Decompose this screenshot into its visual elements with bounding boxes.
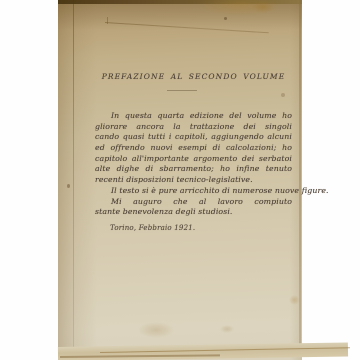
body-line: Mi auguro che al lavoro compiuto corrisp…	[95, 197, 292, 208]
body-line: gliorare ancora la trattazione dei singo…	[95, 122, 292, 133]
body-line: stante benevolenza degli studiosi.	[95, 207, 292, 218]
dateline: Torino, Febbraio 1921.	[110, 224, 195, 232]
body-line: capitolo all'importante argomento dei se…	[95, 154, 292, 165]
paper-stain	[220, 325, 234, 333]
crease-tick-mark	[107, 17, 108, 24]
body-line: alte dighe di sbarramento; ho infine ten…	[95, 164, 292, 175]
paper-stain	[289, 295, 300, 305]
paper-speck	[281, 93, 285, 97]
preface-body: In questa quarta edizione del volume ho …	[95, 111, 292, 218]
body-line: recenti disposizioni tecnico-legislative…	[95, 175, 292, 186]
page-title: PREFAZIONE AL SECONDO VOLUME	[95, 72, 292, 81]
body-line: ed offrendo nuovi esempi di calcolazioni…	[95, 143, 292, 154]
paper-stain	[138, 322, 174, 338]
paper-speck	[224, 17, 227, 20]
paper-stain	[252, 1, 274, 13]
book-photo: PREFAZIONE AL SECONDO VOLUME In questa q…	[0, 0, 360, 360]
body-line: Il testo si è pure arricchito di numeros…	[95, 186, 292, 197]
body-line: In questa quarta edizione del volume ho …	[95, 111, 292, 122]
paper-speck	[67, 184, 70, 188]
gutter-crease-line	[73, 0, 74, 360]
body-line: cando quasi tutti i capitoli, aggiungend…	[95, 132, 292, 143]
title-underline-rule	[167, 90, 197, 91]
